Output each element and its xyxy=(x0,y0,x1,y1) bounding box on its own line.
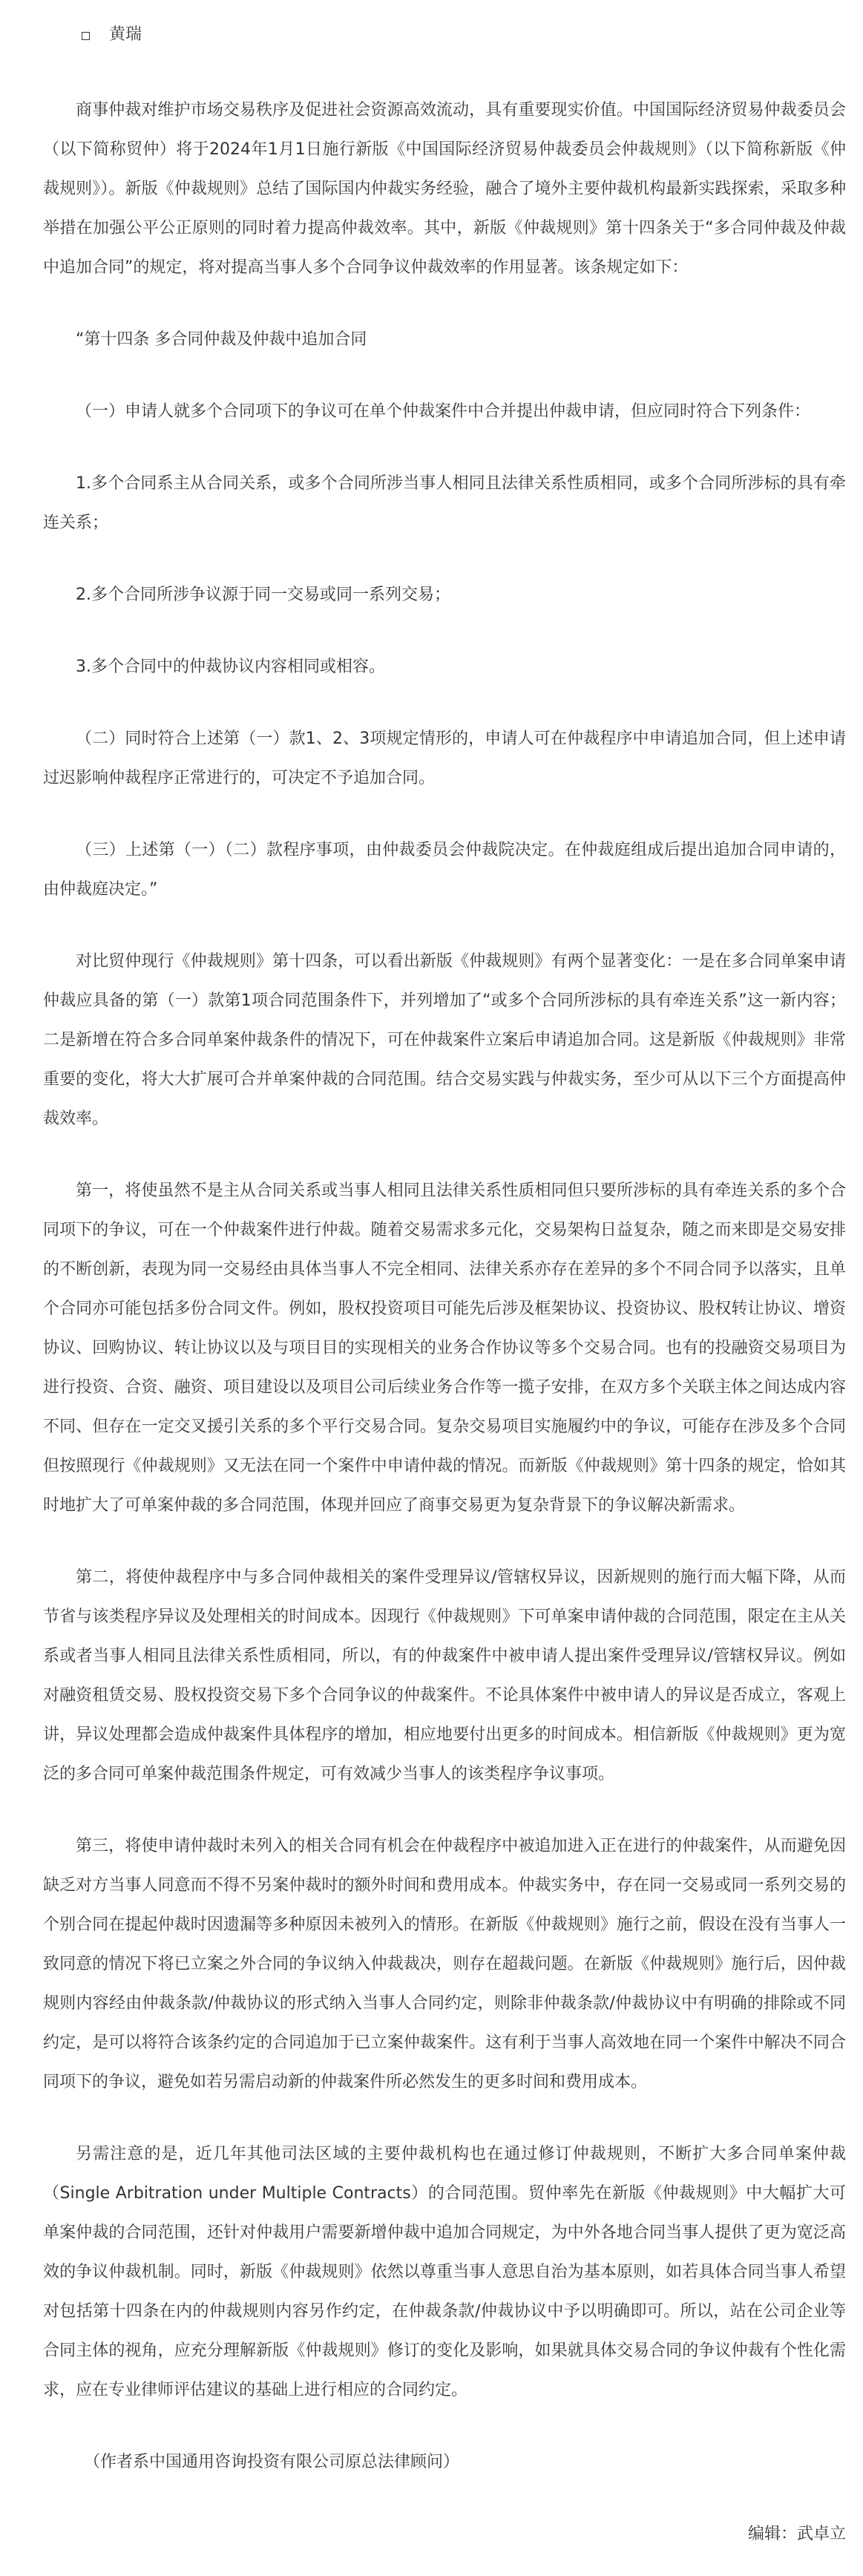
paragraph-item-1: 1.多个合同系主从合同关系，或多个合同所涉当事人相同且法律关系性质相同，或多个合… xyxy=(43,464,846,543)
paragraph-article-title: “第十四条 多合同仲裁及仲裁中追加合同 xyxy=(43,320,846,359)
paragraph-item-2: 2.多个合同所涉争议源于同一交易或同一系列交易； xyxy=(43,575,846,614)
paragraph-second-point: 第二，将使仲裁程序中与多合同仲裁相关的案件受理异议/管辖权异议，因新规则的施行而… xyxy=(43,1558,846,1794)
author-line: 黄瑞 xyxy=(43,0,846,56)
paragraph-clause-1: （一）申请人就多个合同项下的争议可在单个仲裁案件中合并提出仲裁申请，但应同时符合… xyxy=(43,392,846,431)
author-name: 黄瑞 xyxy=(109,15,142,54)
editor-credit: 编辑：武卓立 xyxy=(43,2514,846,2576)
paragraph-first-point: 第一，将使虽然不是主从合同关系或当事人相同且法律关系性质相同但只要所涉标的具有牵… xyxy=(43,1171,846,1525)
paragraph-item-3: 3.多个合同中的仲裁协议内容相同或相容。 xyxy=(43,647,846,686)
box-icon xyxy=(82,32,90,40)
paragraph-clause-2: （二）同时符合上述第（一）款1、2、3项规定情形的，申请人可在仲裁程序中申请追加… xyxy=(43,719,846,798)
paragraph-third-point: 第三，将使申请仲裁时未列入的相关合同有机会在仲裁程序中被追加进入正在进行的仲裁案… xyxy=(43,1826,846,2102)
paragraph-conclusion: 另需注意的是，近几年其他司法区域的主要仲裁机构也在通过修订仲裁规则，不断扩大多合… xyxy=(43,2134,846,2410)
paragraph-comparison: 对比贸仲现行《仲裁规则》第十四条，可以看出新版《仲裁规则》有两个显著变化：一是在… xyxy=(43,942,846,1138)
paragraph-intro: 商事仲裁对维护市场交易秩序及促进社会资源高效流动，具有重要现实价值。中国国际经济… xyxy=(43,91,846,287)
author-note: （作者系中国通用咨询投资有限公司原总法律顾问） xyxy=(43,2442,846,2482)
paragraph-clause-3: （三）上述第（一）（二）款程序事项，由仲裁委员会仲裁院决定。在仲裁庭组成后提出追… xyxy=(43,830,846,909)
article: 黄瑞 商事仲裁对维护市场交易秩序及促进社会资源高效流动，具有重要现实价值。中国国… xyxy=(0,0,863,2576)
